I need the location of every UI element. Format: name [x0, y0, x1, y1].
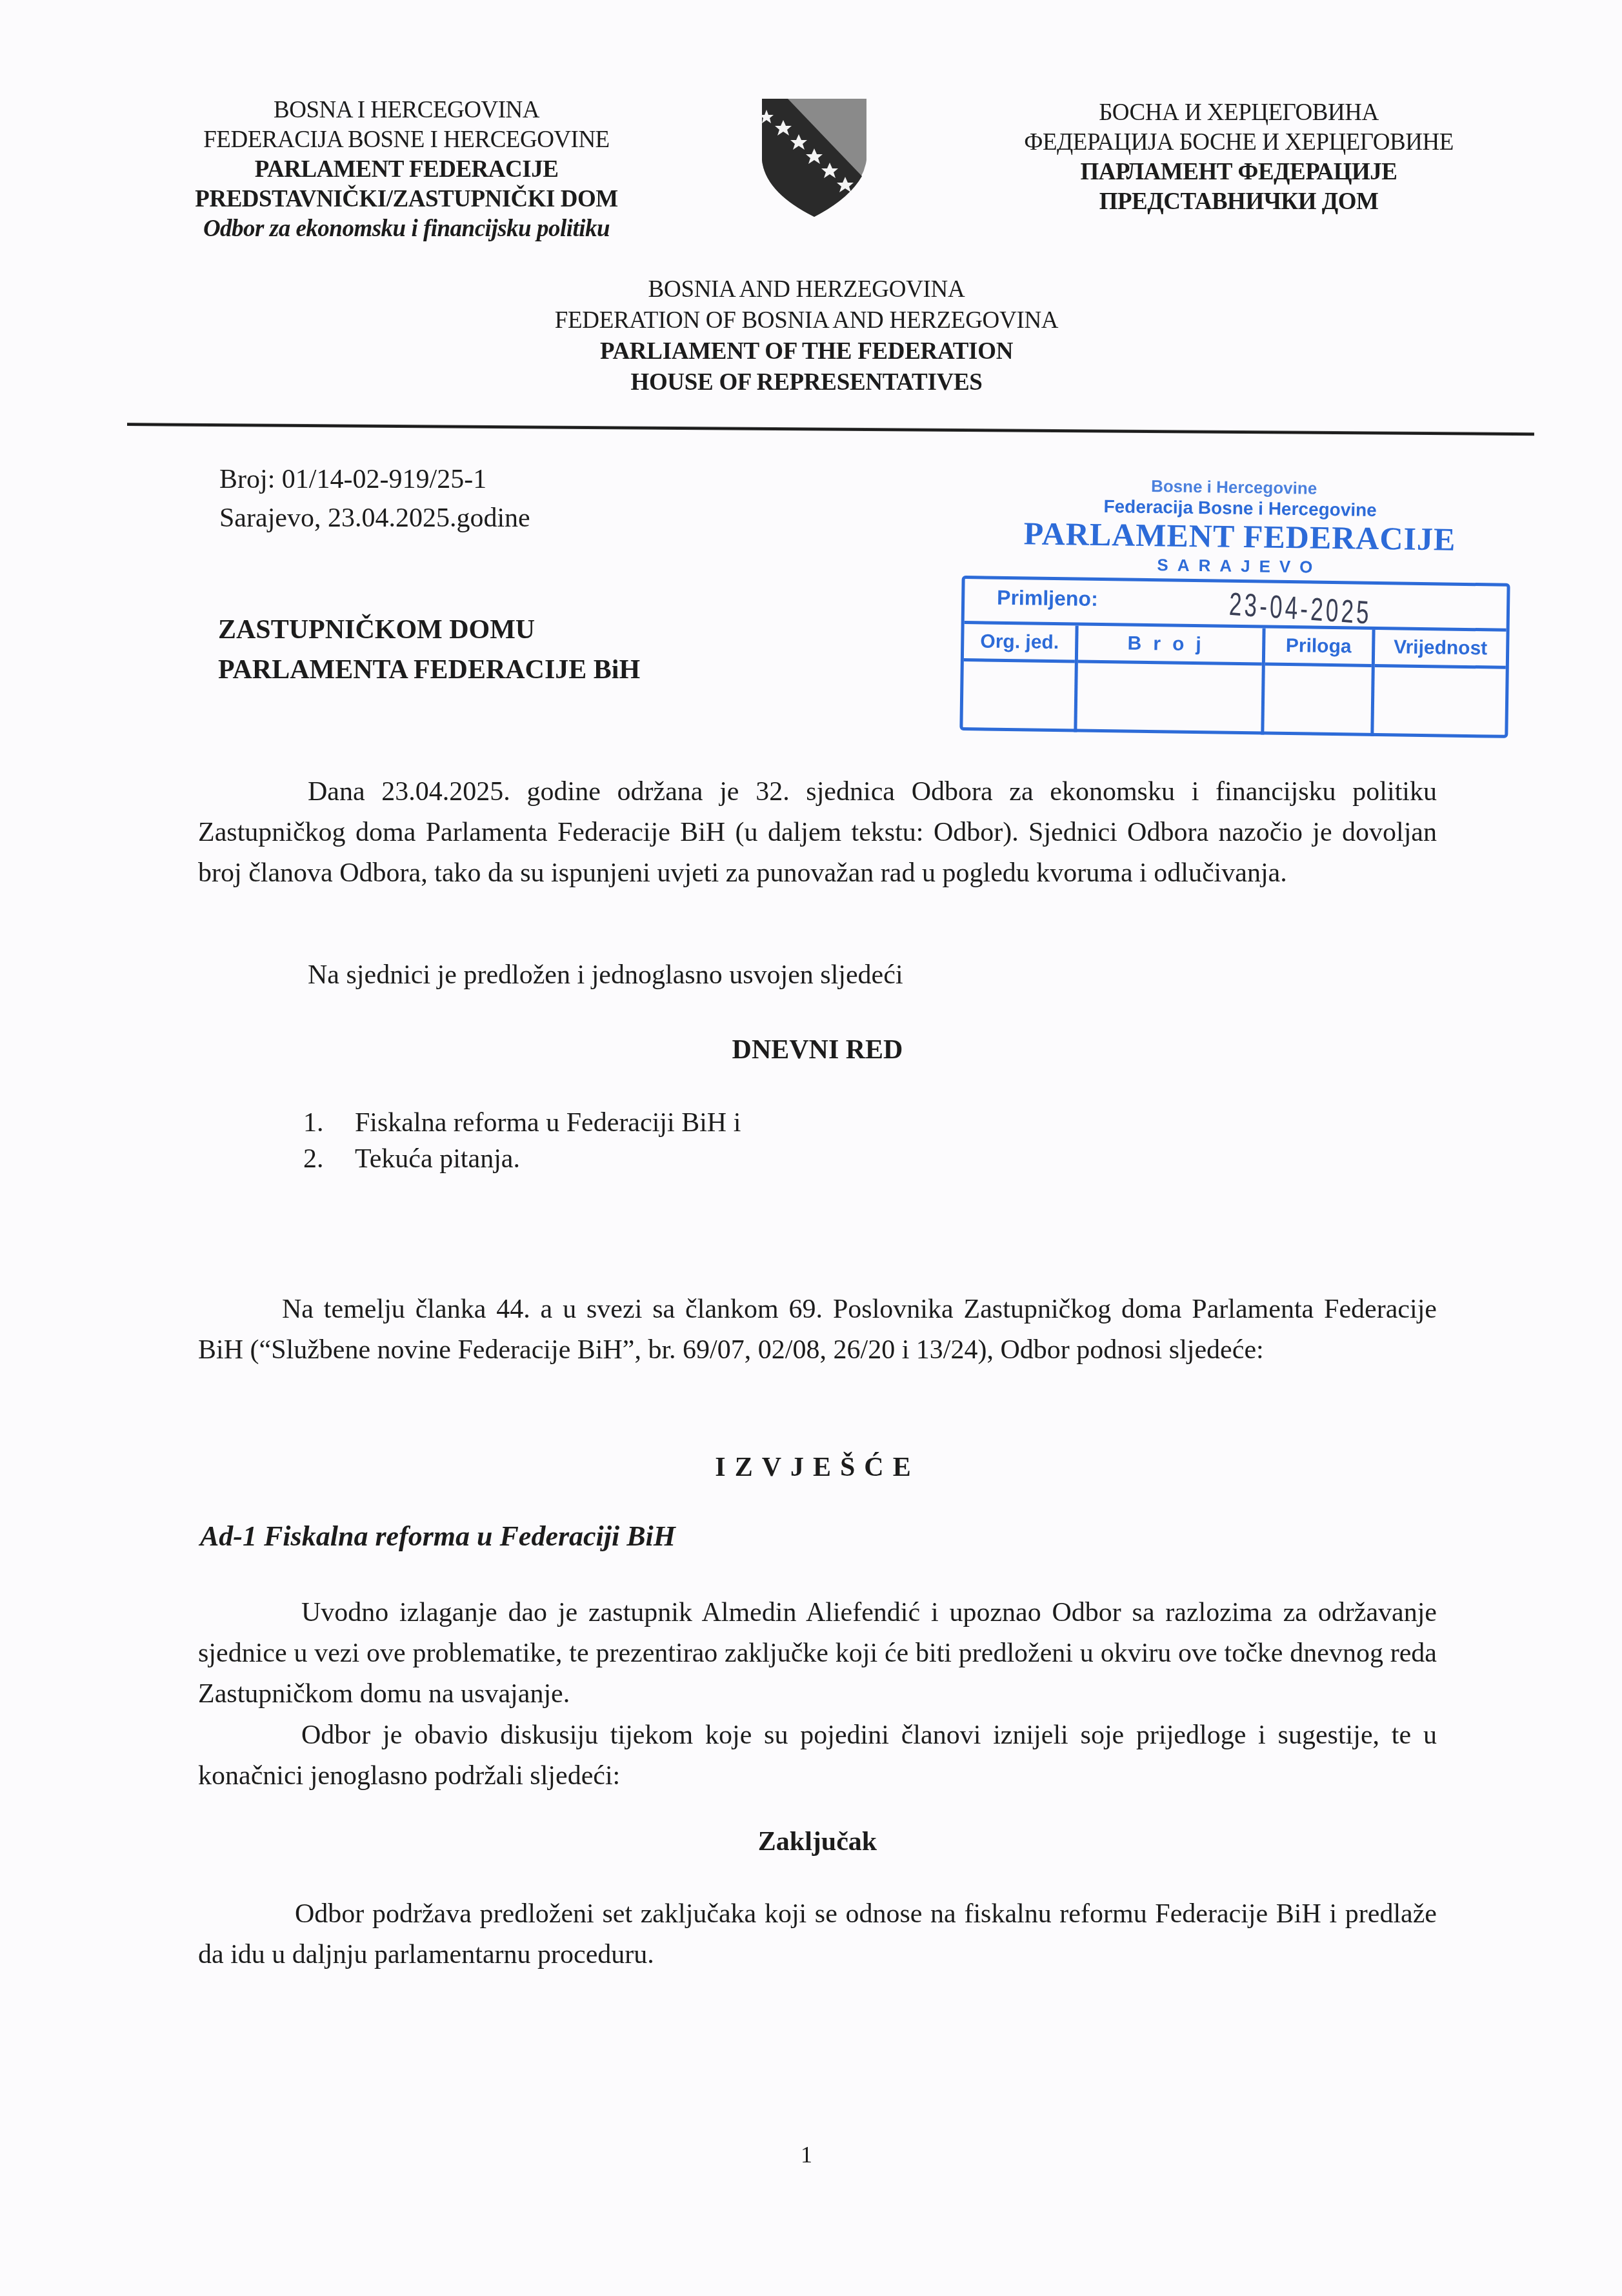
header-right-house: ПРЕДСТАВНИЧКИ ДОМ — [974, 187, 1503, 217]
stamp-grid: Primljeno: 23-04-2025 Org. jed. Broj Pri… — [959, 576, 1510, 738]
header-right-federation: ФЕДЕРАЦИЈА БОСНЕ И ХЕРЦЕГОВИНЕ — [974, 128, 1503, 157]
agenda-item-text: Tekuća pitanja. — [355, 1141, 520, 1177]
addressee-line-1: ZASTUPNIČKOM DOMU — [218, 610, 640, 650]
intro-paragraph: Dana 23.04.2025. godine održana je 32. s… — [198, 772, 1437, 894]
reference-block: Broj: 01/14-02-919/25-1 Sarajevo, 23.04.… — [219, 460, 530, 538]
stamp-received-date: 23-04-2025 — [1228, 585, 1372, 632]
header-divider — [127, 423, 1534, 436]
stamp-col-header: Priloga — [1265, 629, 1372, 667]
stamp-col-value: Vrijednost — [1374, 630, 1506, 738]
stamp-col-attachments: Priloga — [1264, 629, 1375, 736]
ad1-paragraph-1: Uvodno izlaganje dao je zastupnik Almedi… — [198, 1593, 1437, 1715]
ad1-paragraph-2: Odbor je obavio diskusiju tijekom koje s… — [198, 1715, 1437, 1797]
header-right-parliament: ПАРЛАМЕНТ ФЕДЕРАЦИЈЕ — [974, 157, 1503, 187]
bih-coat-of-arms-icon — [759, 96, 870, 218]
header-left-committee: Odbor za ekonomsku i financijsku politik… — [148, 214, 665, 244]
header-center-house: HOUSE OF REPRESENTATIVES — [490, 367, 1123, 398]
header-center-federation: FEDERATION OF BOSNIA AND HERZEGOVINA — [490, 305, 1123, 336]
header-left-parliament: PARLAMENT FEDERACIJE — [148, 155, 665, 185]
header-left-house: PREDSTAVNIČKI/ZASTUPNIČKI DOM — [148, 185, 665, 214]
agenda-title: DNEVNI RED — [198, 1034, 1437, 1065]
agenda-item: 1. Fiskalna reforma u Federaciji BiH i — [303, 1105, 741, 1141]
header-right-block: БОСНА И ХЕРЦЕГОВИНА ФЕДЕРАЦИЈА БОСНЕ И Х… — [974, 98, 1503, 217]
stamp-received-label: Primljeno: — [997, 586, 1098, 611]
stamp-line-1: Bosne i Hercegovine — [1098, 476, 1369, 499]
agenda-item-number: 2. — [303, 1141, 355, 1177]
header-center-country: BOSNIA AND HERZEGOVINA — [490, 274, 1123, 305]
agenda-list: 1. Fiskalna reforma u Federaciji BiH i 2… — [303, 1105, 741, 1177]
stamp-col-header: Vrijednost — [1375, 630, 1507, 669]
addressee-block: ZASTUPNIČKOM DOMU PARLAMENTA FEDERACIJE … — [218, 610, 640, 690]
header-center-parliament: PARLIAMENT OF THE FEDERATION — [490, 336, 1123, 367]
stamp-col-org: Org. jed. — [963, 624, 1078, 732]
header-left-block: BOSNA I HERCEGOVINA FEDERACIJA BOSNE I H… — [148, 96, 665, 244]
legal-basis-paragraph: Na temelju članka 44. a u svezi sa člank… — [198, 1289, 1437, 1371]
conclusion-title: Zaključak — [198, 1826, 1437, 1857]
stamp-col-header: Broj — [1078, 626, 1263, 666]
header-right-country: БОСНА И ХЕРЦЕГОВИНА — [974, 98, 1503, 128]
report-title: IZVJEŠĆE — [198, 1452, 1437, 1483]
agenda-intro: Na sjednici je predložen i jednoglasno u… — [308, 955, 1340, 996]
received-stamp: Bosne i Hercegovine Federacija Bosne i H… — [953, 474, 1525, 746]
header-left-country: BOSNA I HERCEGOVINA — [148, 96, 665, 125]
addressee-line-2: PARLAMENTA FEDERACIJE BiH — [218, 650, 640, 690]
header-center-block: BOSNIA AND HERZEGOVINA FEDERATION OF BOS… — [490, 274, 1123, 398]
agenda-item-text: Fiskalna reforma u Federaciji BiH i — [355, 1105, 741, 1141]
stamp-col-header: Org. jed. — [964, 624, 1076, 663]
agenda-item: 2. Tekuća pitanja. — [303, 1141, 741, 1177]
stamp-columns: Org. jed. Broj Priloga Vrijednost — [963, 624, 1506, 738]
reference-number: Broj: 01/14-02-919/25-1 — [219, 460, 530, 499]
header-left-federation: FEDERACIJA BOSNE I HERCEGOVINE — [148, 125, 665, 155]
stamp-received-row: Primljeno: 23-04-2025 — [965, 579, 1507, 632]
agenda-item-1-heading: Ad-1 Fiskalna reforma u Federaciji BiH — [200, 1520, 676, 1553]
stamp-line-4: SARAJEVO — [1110, 554, 1368, 578]
reference-place-date: Sarajevo, 23.04.2025.godine — [219, 499, 530, 538]
conclusion-paragraph: Odbor podržava predloženi set zaključaka… — [198, 1894, 1437, 1975]
stamp-col-number: Broj — [1077, 626, 1265, 735]
page-number: 1 — [774, 2141, 839, 2168]
stamp-line-3: PARLAMENT FEDERACIJE — [1020, 514, 1459, 558]
agenda-item-number: 1. — [303, 1105, 355, 1141]
